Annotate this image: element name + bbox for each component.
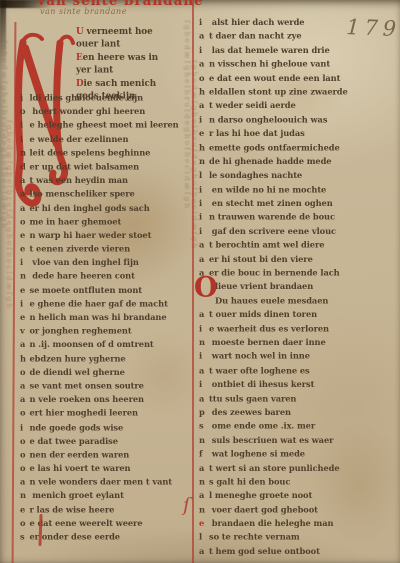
manuscript-line: at waer ofte loghene es (199, 365, 348, 379)
manuscript-line: hebdzen hure ygherne (20, 353, 179, 367)
manuscript-line: oe dat eene weerelt weere (20, 517, 179, 531)
manuscript-line: i las dat hemele waren drie (199, 44, 348, 58)
manuscript-line: i en stecht met zinen oghen (199, 198, 348, 212)
manuscript-line: inde goede gods wise (20, 421, 179, 435)
manuscript-line: ouer lant (76, 39, 158, 52)
manuscript-line: heldallen stont up zine zwaerde (199, 86, 348, 100)
manuscript-line: n dede hare heeren cont (20, 271, 179, 285)
manuscript-line: ser onder dese eerde (20, 531, 179, 545)
manuscript-line: an .ij. moonsen of d omtrent (20, 339, 179, 353)
manuscript-line: ie welde der ezelinnen (20, 133, 179, 147)
text-column-left: ildi dies gheloeuende zijno hoert wonder… (20, 92, 179, 545)
manuscript-line: n suls bescriuen wat es waer (199, 434, 348, 448)
show-through-text: ſgbedæſghelbruſdeghoſbecldæſgh (183, 20, 192, 540)
manuscript-line: p des zeewes baren (199, 406, 348, 420)
manuscript-line: n menich groet eylant (20, 490, 179, 504)
manuscript-line: at was een heydin man (20, 175, 179, 189)
manuscript-line: onen der eerden waren (20, 449, 179, 463)
manuscript-line: i ontbiet di ihesus kerst (199, 379, 348, 393)
manuscript-line: hemette gods ontfaermichede (199, 142, 348, 156)
manuscript-line: lso te rechte vernam (199, 532, 348, 546)
manuscript-line: at wert si an store punlichede (199, 462, 348, 476)
manuscript-line: nde hi ghenade hadde mede (199, 156, 348, 170)
manuscript-line: er las hi hoe dat judas (199, 128, 348, 142)
manuscript-line: aer die bouc in bernende lach (199, 267, 348, 281)
manuscript-line: ildi dies gheloeuende zijn (20, 92, 179, 106)
manuscript-line: U verneemt hoe (76, 27, 158, 40)
manuscript-line: ese moete ontfluten mont (20, 284, 179, 298)
folio-number: 179 (343, 15, 400, 41)
manuscript-line: i vloe van den inghel fijn (20, 257, 179, 271)
manuscript-line: nleit dese spelens beghinne (20, 147, 179, 161)
manuscript-line: e brandaen die heleghe man (199, 518, 348, 532)
manuscript-line: vor jonghen reghement (20, 325, 179, 339)
manuscript-line: lle sondaghes nachte (199, 170, 348, 184)
text-column-right: i alst hier dach werdeat daer dan nacht … (199, 17, 348, 560)
manuscript-line: i en wilde no hi ne mochte (199, 184, 348, 198)
manuscript-line: at ouer mids dinen toren (199, 309, 348, 323)
manuscript-line: oe dat twee paradise (20, 435, 179, 449)
manuscript-line: al meneghe groete noot (199, 490, 348, 504)
drop-initial-o: O (194, 273, 218, 301)
manuscript-line: an vele wonders daer men t vant (20, 476, 179, 490)
manuscript-line: oe las hi voert te waren (20, 463, 179, 477)
manuscript-line: Een heere was in (76, 52, 158, 65)
manuscript-line: oert hier moghedi leeren (20, 408, 179, 422)
manuscript-line: in darso ongheloouich was (199, 114, 348, 128)
manuscript-line: Die sach menich (76, 78, 158, 91)
manuscript-line: i gaf den scrivere eene vlouc (199, 225, 348, 239)
manuscript-line: i wart noch wel in inne (199, 351, 348, 365)
manuscript-line: also menscheliker spere (20, 188, 179, 202)
manuscript-line: ie waerheit dus es verloren (199, 323, 348, 337)
manuscript-line: der up dat wiet balsamen (20, 161, 179, 175)
manuscript-line: ie heleghe gheest moet mi leeren (20, 120, 179, 134)
manuscript-line: en warp hi haer weder stoet (20, 229, 179, 243)
manuscript-line: at weder seidi aerde (199, 100, 348, 114)
manuscript-line: attu suls gaen varen (199, 393, 348, 407)
manuscript-line: ase vant met onsen soutre (20, 380, 179, 394)
manuscript-line: at berochtin amt wel diere (199, 239, 348, 253)
manuscript-line: lieue vrient brandaen (199, 281, 348, 295)
margin-flourish-red: ſ (183, 494, 190, 516)
manuscript-line: er las de wise heere (20, 504, 179, 518)
manuscript-line: an vele roeken ons heeren (20, 394, 179, 408)
manuscript-line: oe dat een wout ende een lant (199, 72, 348, 86)
manuscript-line: ie ghene die haer gaf de macht (20, 298, 179, 312)
manuscript-page: ſgbedæſghelbruſdeghoſbecldæſgh ſgbedæſgh… (0, 0, 400, 563)
manuscript-line: s ome ende ome .ix. mer (199, 420, 348, 434)
manuscript-line: o hoert wonder ghi heeren (20, 106, 179, 120)
manuscript-line: an visschen hi gheloue vant (199, 58, 348, 72)
manuscript-line: n moeste bernen daer inne (199, 337, 348, 351)
manuscript-line: at daer dan nacht zye (199, 30, 348, 44)
manuscript-line: ns galt hi den bouc (199, 476, 348, 490)
manuscript-line: f wat loghene si mede (199, 448, 348, 462)
manuscript-line: yer lant (76, 65, 158, 78)
manuscript-line: n voer daert god gheboot (199, 504, 348, 518)
manuscript-line: in trauwen warende de bouc (199, 212, 348, 226)
header-annotation: van sinte brandane (40, 7, 127, 16)
manuscript-line: et eenen ziverde vieren (20, 243, 179, 257)
manuscript-line: Du haues euele mesdaen (199, 295, 348, 309)
manuscript-line: aer hi den inghel gods sach (20, 202, 179, 216)
manuscript-line: en helich man was hi brandane (20, 312, 179, 326)
manuscript-line: ode diendi wel gherne (20, 367, 179, 381)
manuscript-line: ome in haer ghemoet (20, 216, 179, 230)
manuscript-line: i alst hier dach werde (199, 17, 348, 31)
manuscript-line: aer hi stout bi den viere (199, 253, 348, 267)
manuscript-line: at hem god selue ontboot (199, 546, 348, 560)
